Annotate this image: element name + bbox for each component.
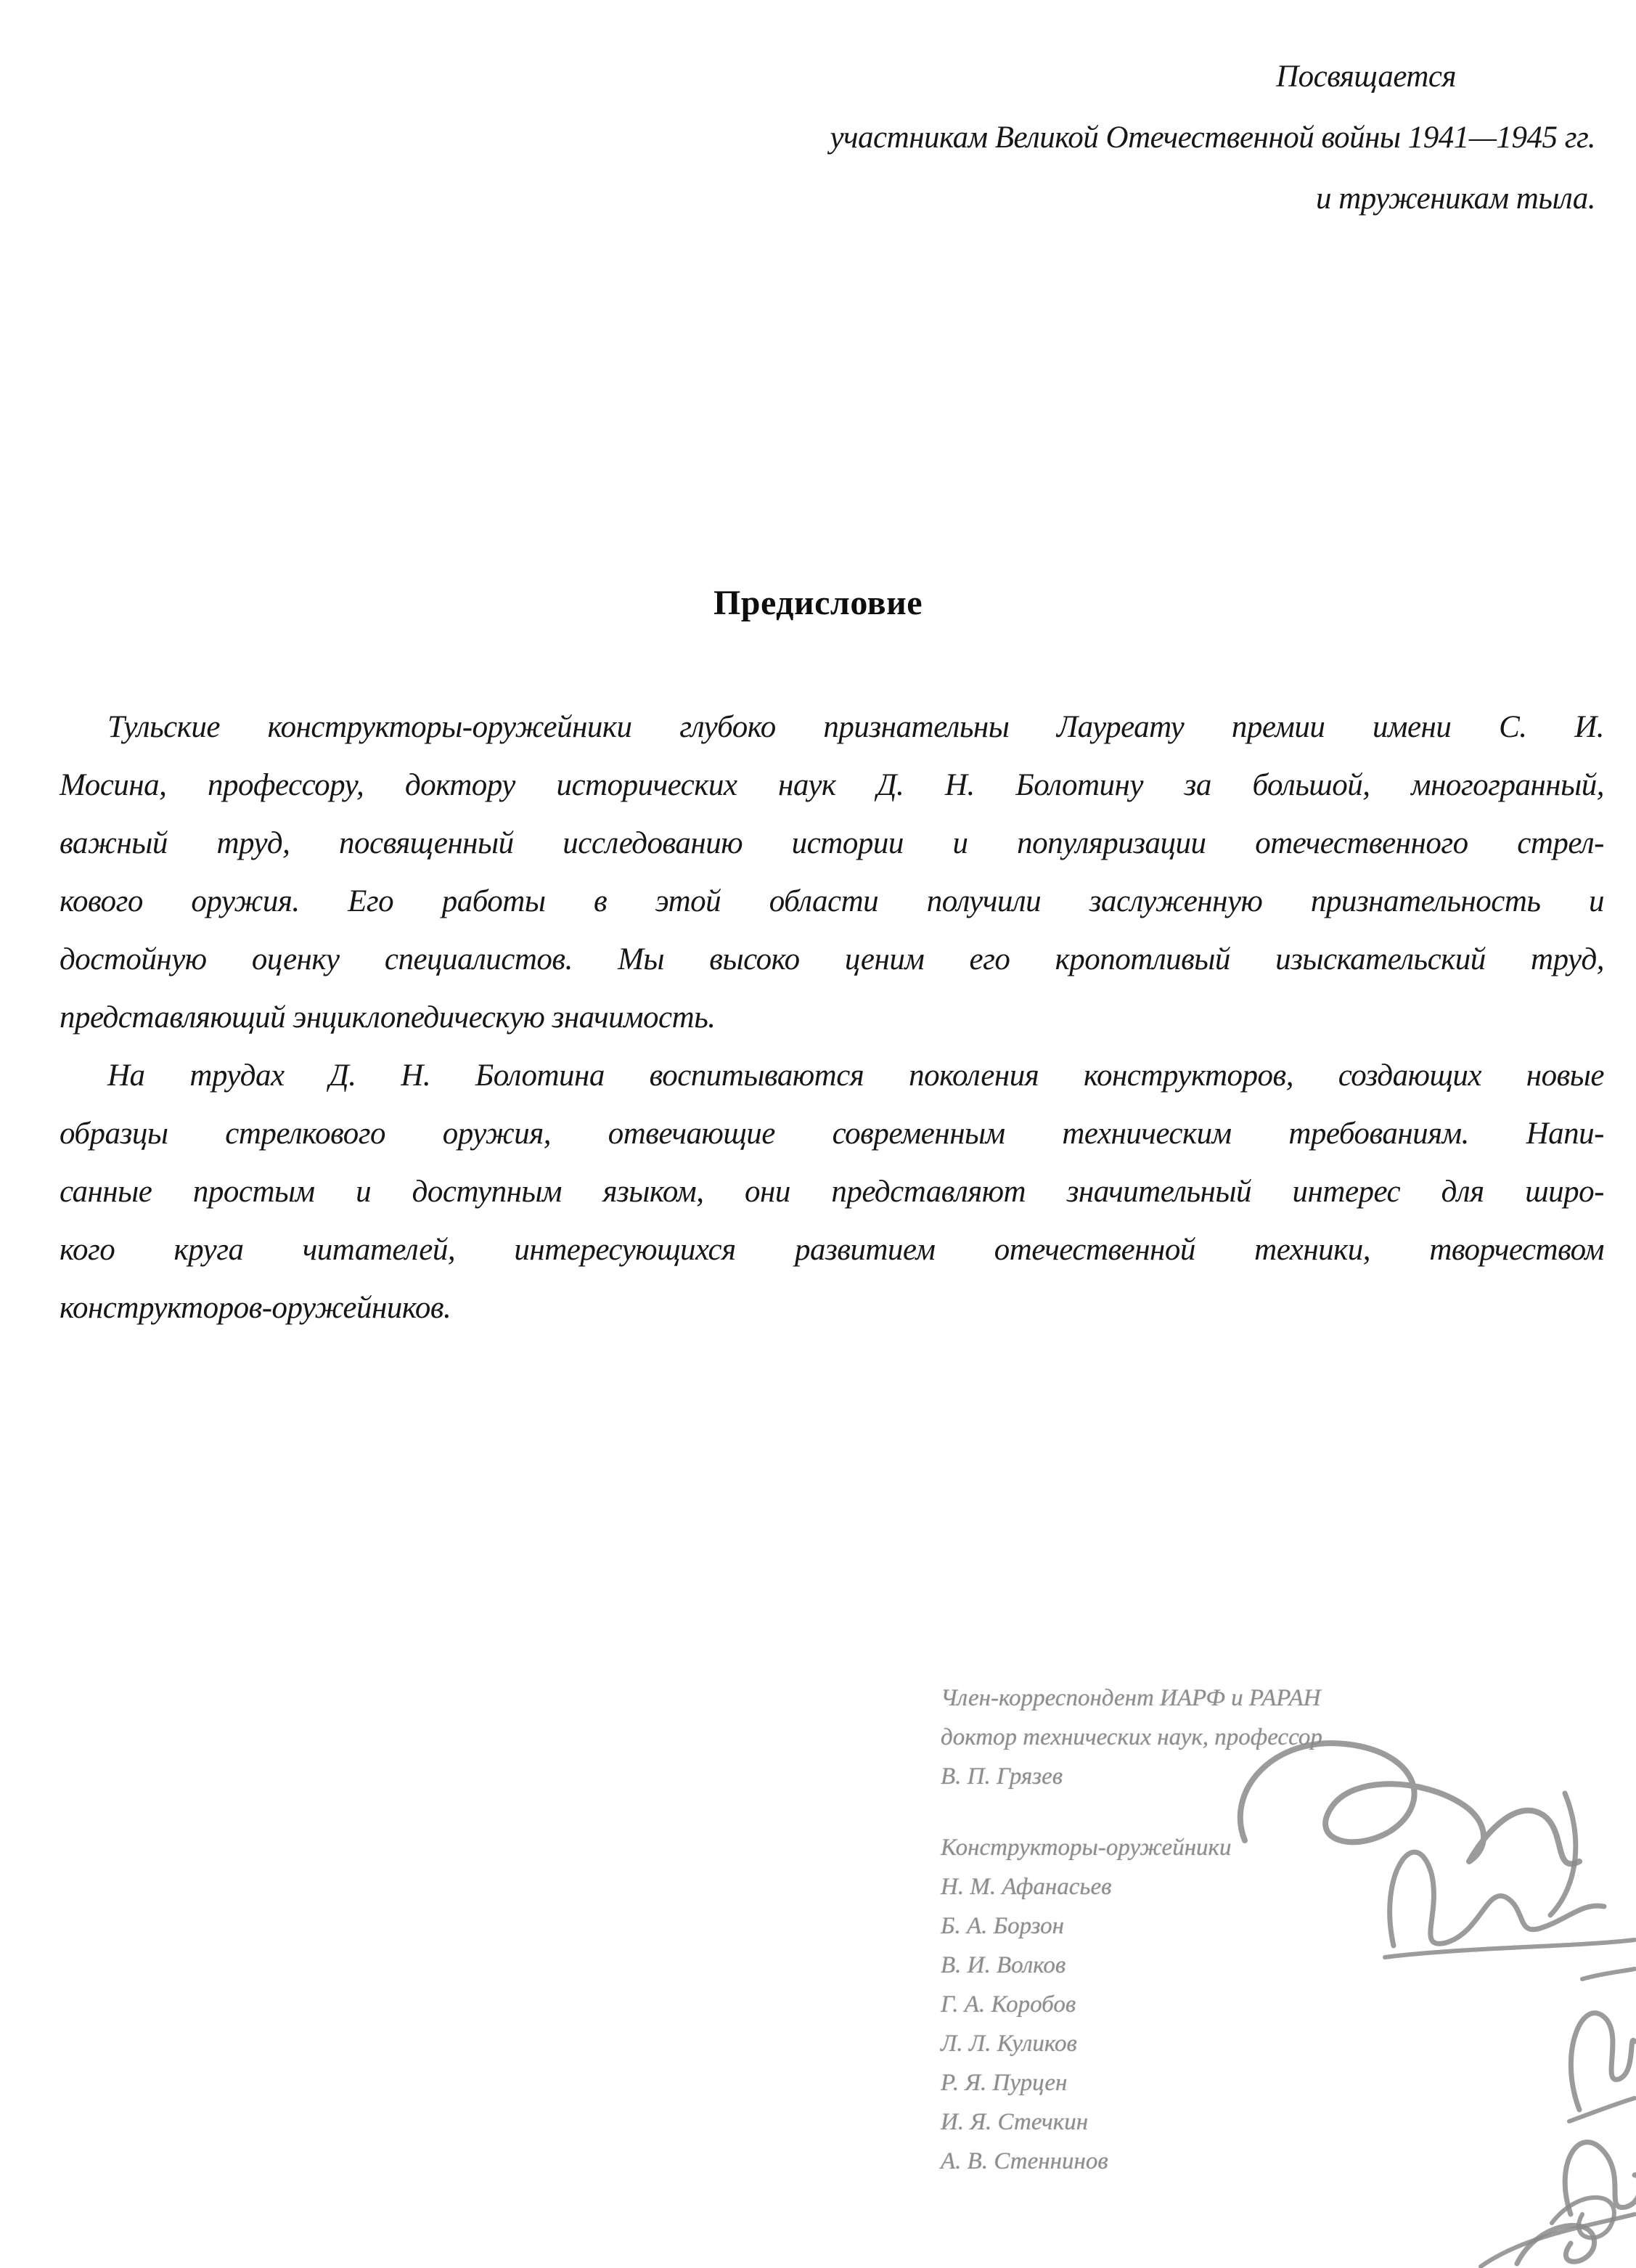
signatory-name: Г. А. Коробов [941, 1985, 1449, 2024]
text-line: кого круга читателей, интересующихся раз… [60, 1221, 1604, 1279]
paragraph: На трудах Д. Н. Болотина воспитываются п… [60, 1047, 1604, 1337]
text-line: образцы стрелкового оружия, отвечающие с… [60, 1105, 1604, 1163]
signatory-name: В. П. Грязев [941, 1757, 1449, 1796]
dedication: Посвящается участникам Великой Отечестве… [507, 46, 1595, 229]
page-title: Предисловие [0, 578, 1636, 629]
signatory-name: В. И. Волков [941, 1946, 1449, 1985]
paragraph: Тульские конструкторы-оружейники глубоко… [60, 698, 1604, 1047]
signatory-name: Б. А. Борзон [941, 1906, 1449, 1946]
text-line: санные простым и доступным языком, они п… [60, 1163, 1604, 1221]
text-line: важный труд, посвященный исследованию ис… [60, 815, 1604, 873]
text-line: представляющий энциклопедическую значимо… [60, 989, 1604, 1047]
dedication-line: участникам Великой Отечественной войны 1… [507, 107, 1595, 168]
signatory-name: А. В. Стеннинов [941, 2142, 1449, 2181]
text-line: На трудах Д. Н. Болотина воспитываются п… [60, 1047, 1604, 1105]
dedication-line: Посвящается [507, 46, 1595, 107]
signatories-group-label: Конструкторы-оружейники [941, 1828, 1449, 1867]
dedication-line: и труженикам тыла. [507, 168, 1595, 229]
signatory-name: Л. Л. Куликов [941, 2024, 1449, 2063]
text-line: достойную оценку специалистов. Мы высоко… [60, 931, 1604, 989]
text-line: кового оружия. Его работы в этой области… [60, 873, 1604, 931]
text-line: Тульские конструкторы-оружейники глубоко… [60, 698, 1604, 756]
signatory-credential: доктор технических наук, профессор [941, 1718, 1449, 1757]
signatory-name: Р. Я. Пурцен [941, 2063, 1449, 2102]
book-preface-page: Посвящается участникам Великой Отечестве… [0, 0, 1636, 2268]
text-line: Мосина, профессору, доктору исторических… [60, 756, 1604, 815]
signatory-credential: Член-корреспондент ИАРФ и РАРАН [941, 1678, 1449, 1718]
preface-body: Тульские конструкторы-оружейники глубоко… [60, 698, 1604, 1337]
signatory-name: И. Я. Стечкин [941, 2102, 1449, 2142]
text-line: конструкторов-оружейников. [60, 1279, 1604, 1337]
signatory-name: Н. М. Афанасьев [941, 1867, 1449, 1906]
signatories: Член-корреспондент ИАРФ и РАРАН доктор т… [941, 1678, 1449, 2181]
